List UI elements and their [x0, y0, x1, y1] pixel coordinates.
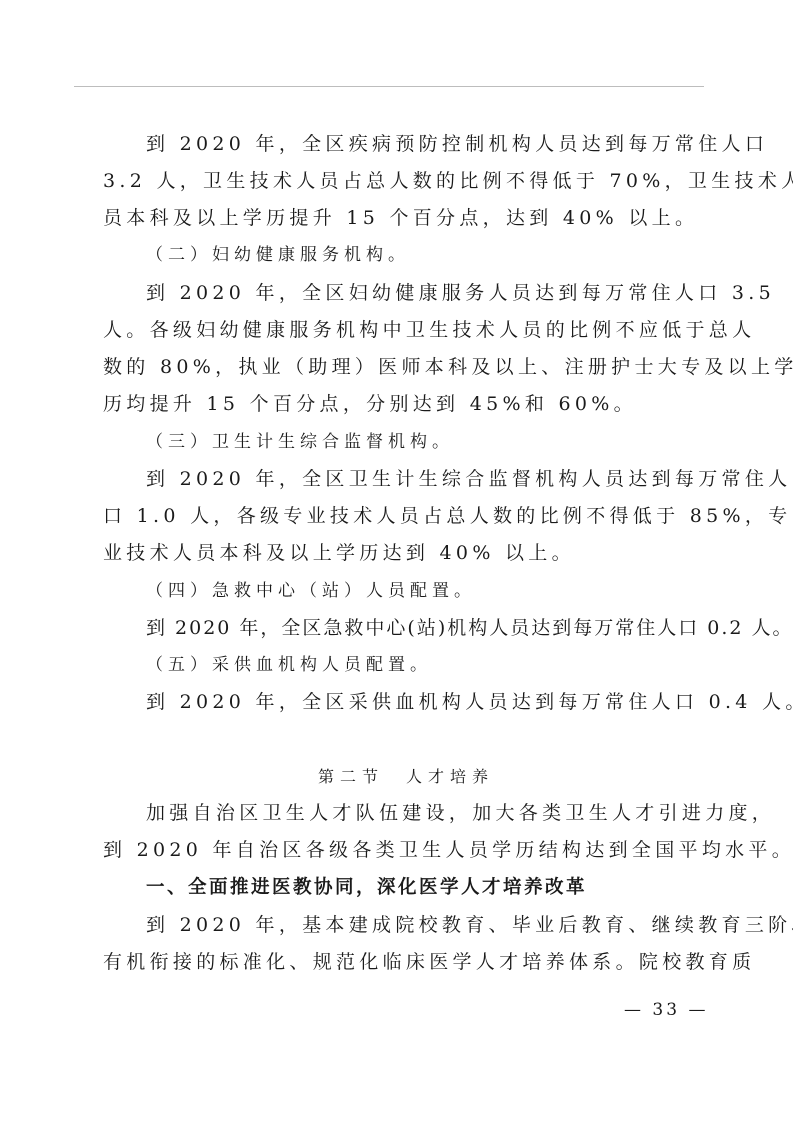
body-line: 口 1.0 人，各级专业技术人员占总人数的比例不得低于 85%，专: [103, 504, 703, 528]
body-line: 到 2020 年，全区采供血机构人员达到每万常住人口 0.4 人。: [146, 690, 746, 714]
body-line: 3.2 人，卫生技术人员占总人数的比例不得低于 70%，卫生技术人: [103, 169, 703, 193]
body-line: 到 2020 年，全区急救中心(站)机构人员达到每万常住人口 0.2 人。: [146, 616, 746, 640]
header-rule: [74, 86, 704, 87]
body-line: 有机衔接的标准化、规范化临床医学人才培养体系。院校教育质: [103, 950, 703, 974]
body-line: 到 2020 年，基本建成院校教育、毕业后教育、继续教育三阶段: [146, 913, 746, 937]
body-line: 到 2020 年自治区各级各类卫生人员学历结构达到全国平均水平。: [103, 838, 703, 862]
body-line: 人。各级妇幼健康服务机构中卫生技术人员的比例不应低于总人: [103, 318, 703, 342]
body-line: 到 2020 年，全区疾病预防控制机构人员达到每万常住人口: [146, 132, 746, 156]
item-heading: （二）妇幼健康服务机构。: [146, 243, 746, 267]
body-line: 到 2020 年，全区妇幼健康服务人员达到每万常住人口 3.5: [146, 281, 746, 305]
page-number: — 33 —: [624, 1000, 708, 1020]
body-line: 员本科及以上学历提升 15 个百分点，达到 40% 以上。: [103, 206, 703, 230]
body-line: 业技术人员本科及以上学历达到 40% 以上。: [103, 541, 703, 565]
body-line: 历均提升 15 个百分点，分别达到 45%和 60%。: [103, 392, 703, 416]
body-line: 到 2020 年，全区卫生计生综合监督机构人员达到每万常住人: [146, 467, 746, 491]
subsection-title: 一、全面推进医教协同，深化医学人才培养改革: [146, 876, 746, 900]
item-heading: （三）卫生计生综合监督机构。: [146, 430, 746, 454]
section-title: 第二节 人才培养: [318, 765, 793, 789]
item-heading: （四）急救中心（站）人员配置。: [146, 579, 746, 603]
body-line: 加强自治区卫生人才队伍建设，加大各类卫生人才引进力度，: [146, 801, 746, 825]
body-line: 数的 80%，执业（助理）医师本科及以上、注册护士大专及以上学: [103, 355, 703, 379]
item-heading: （五）采供血机构人员配置。: [146, 653, 746, 677]
